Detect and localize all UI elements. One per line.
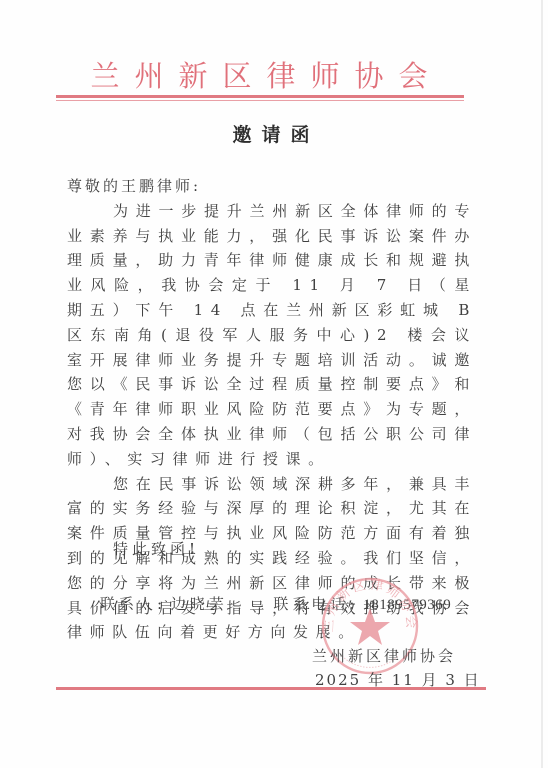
header-rule-thick (56, 95, 464, 98)
contact-phone-label: 联系电话: (273, 595, 358, 613)
letter-body: 尊敬的王鹏律师: 为进一步提升兰州新区全体律师的专业素养与执业能力，强化民事诉讼… (67, 174, 477, 645)
salutation: 尊敬的王鹏律师: (67, 174, 477, 199)
header-rule-thin (56, 100, 464, 101)
letterhead: 兰州新区律师协会 (56, 58, 462, 94)
signature-organization: 兰州新区律师协会 (312, 644, 456, 668)
footer-rule (56, 687, 486, 690)
document-title: 邀请函 (0, 122, 546, 148)
contact-person-label: 联系人: (100, 595, 166, 613)
contact-person-name: 边晓芸 (171, 595, 228, 613)
contact-phone: 18189579369 (363, 597, 451, 613)
contact-info: 联系人: 边晓芸 联系电话: 18189579369 (100, 592, 451, 617)
letterhead-title: 兰州新区律师协会 (56, 58, 462, 94)
page-edge (541, 0, 543, 768)
header-double-rule (56, 95, 464, 101)
body-paragraph: 为进一步提升兰州新区全体律师的专业素养与执业能力，强化民事诉讼案件办理质量，助力… (67, 199, 477, 472)
closing-line: 特此致函! (113, 537, 199, 561)
